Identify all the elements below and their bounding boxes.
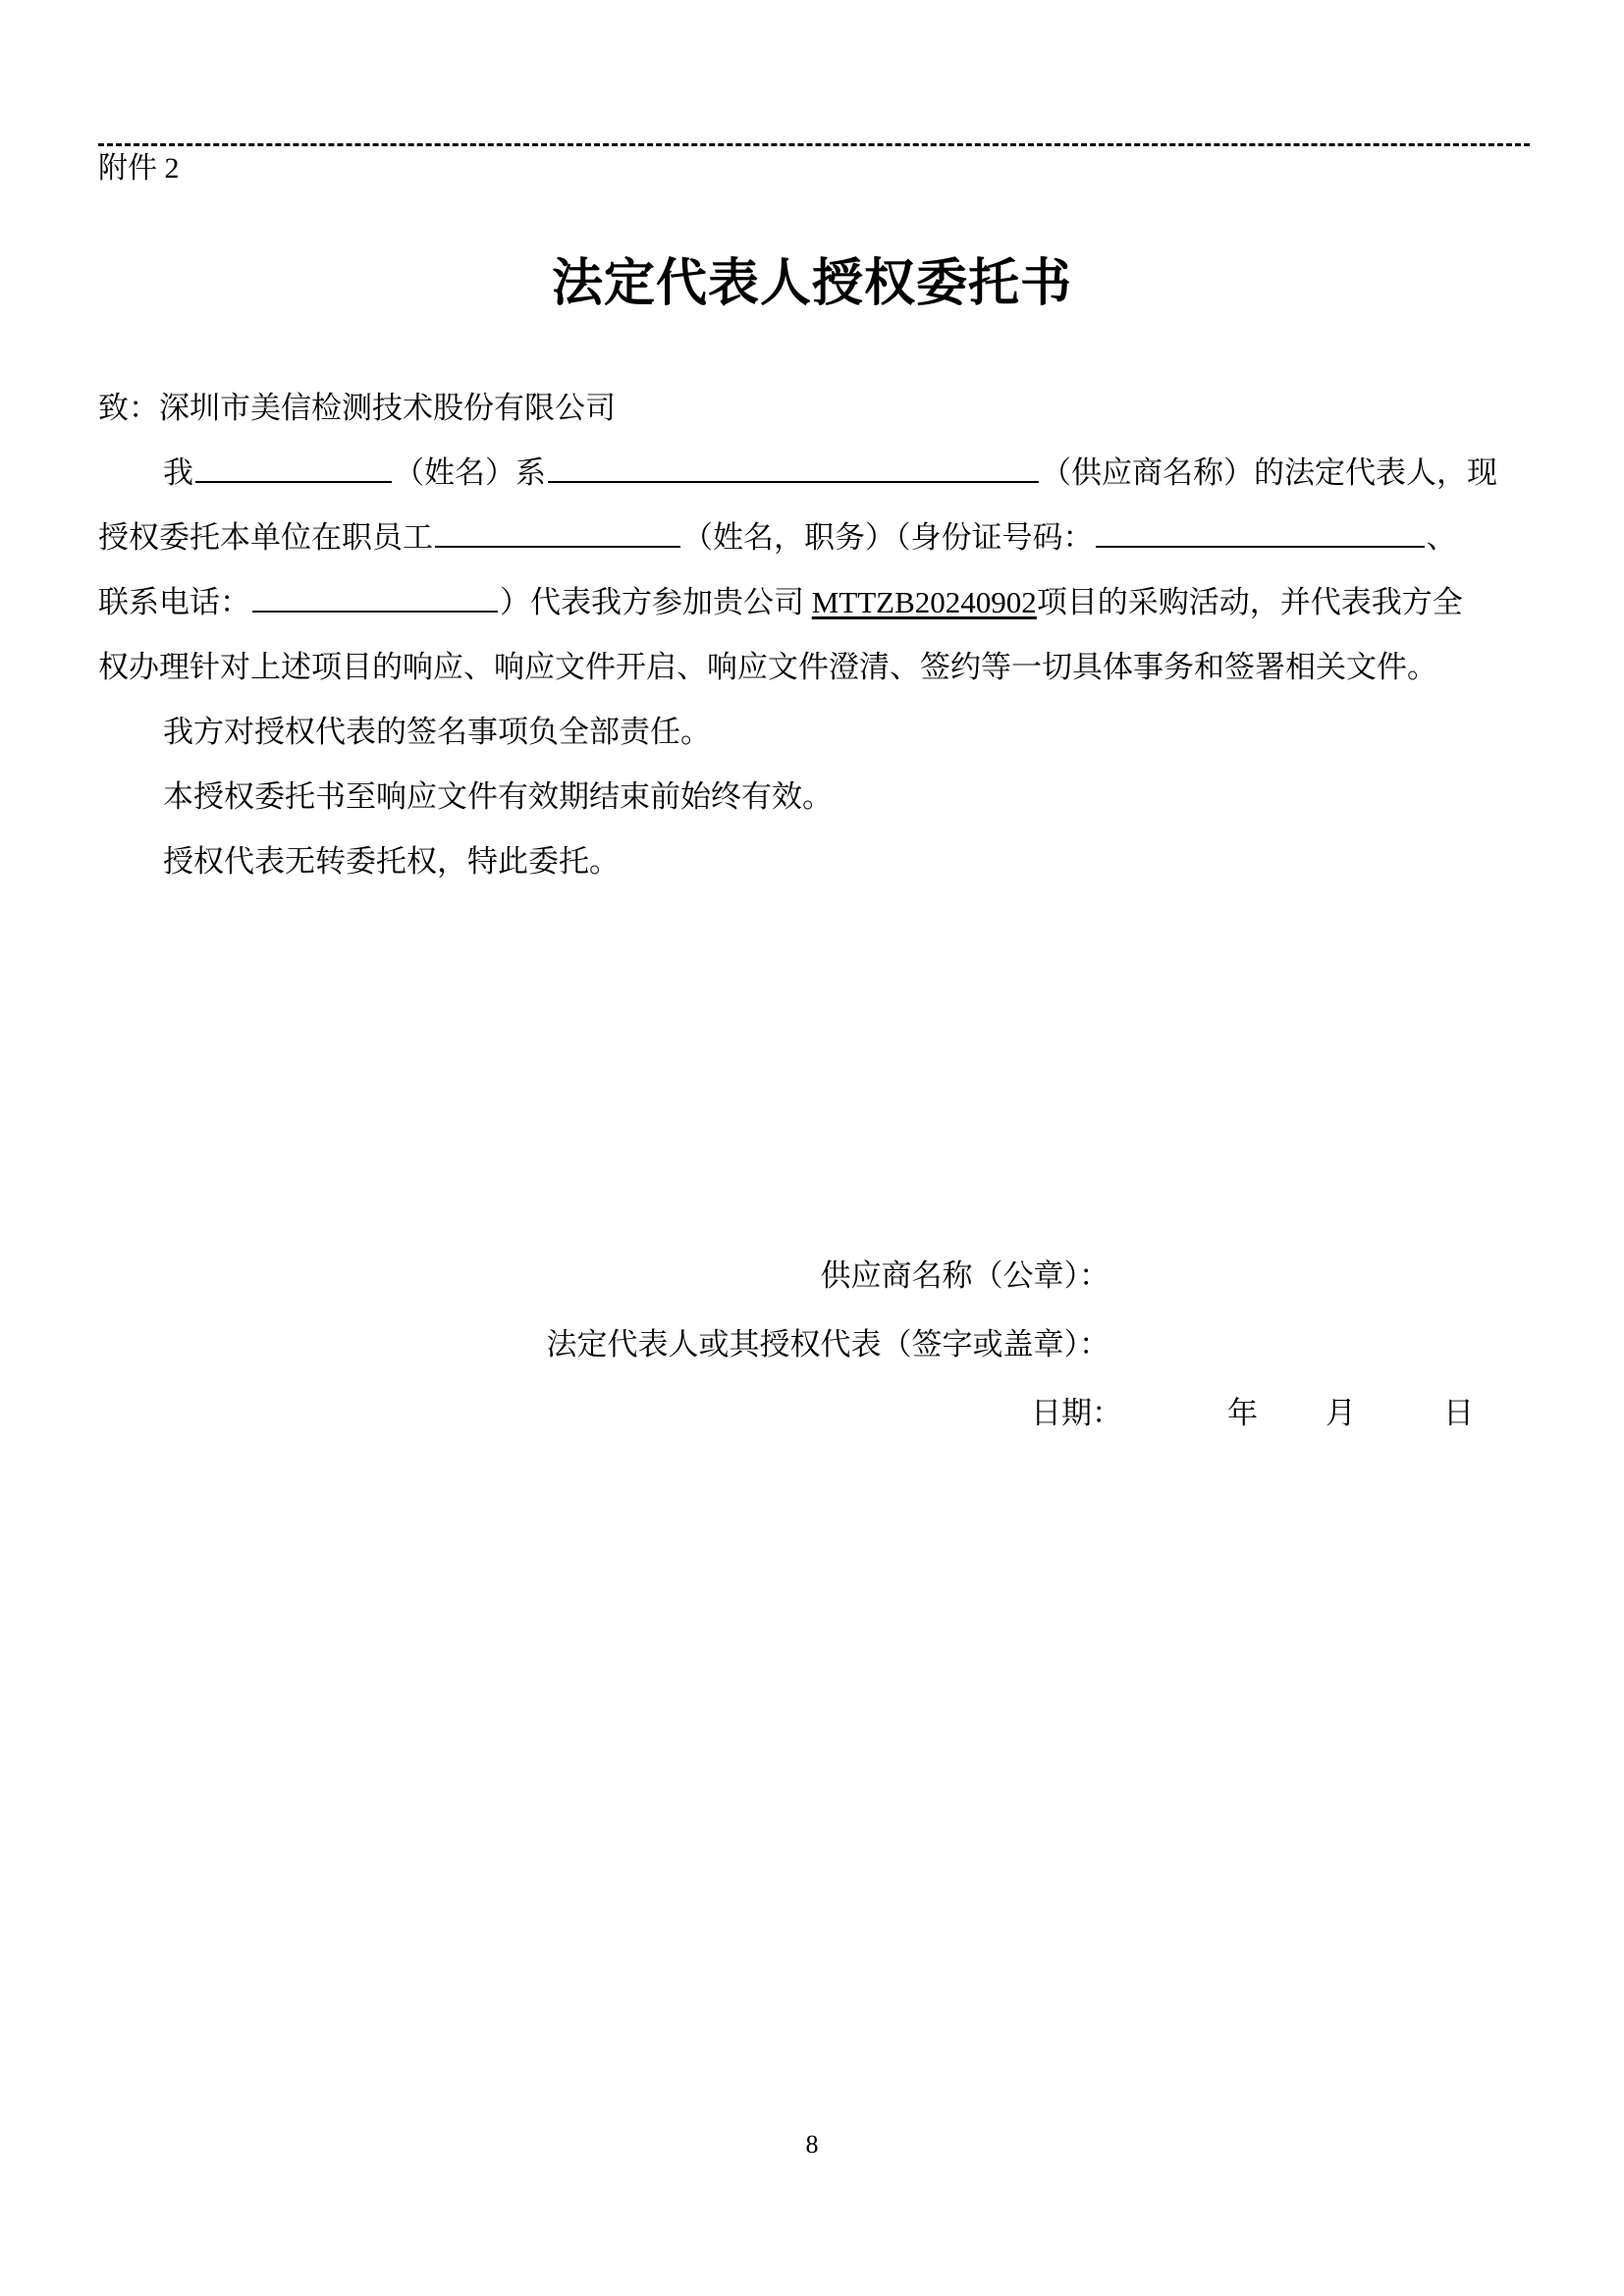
text-segment: 、 [1427, 520, 1457, 555]
employee-name-title-blank-field[interactable] [435, 516, 680, 548]
page-number: 8 [0, 2130, 1624, 2160]
year-label: 年 [1227, 1392, 1258, 1435]
text-segment: （姓名，职务）（身份证号码： [682, 520, 1094, 555]
supplier-seal-label: 供应商名称（公章）： [821, 1255, 1110, 1298]
month-label: 月 [1326, 1392, 1356, 1435]
header-dashed-divider [98, 143, 1530, 146]
paragraph-validity: 本授权委托书至响应文件有效期结束前始终有效。 [163, 775, 1597, 819]
paragraph-responsibility: 我方对授权代表的签名事项负全部责任。 [163, 711, 1597, 754]
text-segment: ）代表我方参加贵公司 [500, 585, 804, 619]
body-line-1: 我（姓名）系（供应商名称）的法定代表人，现 [163, 452, 1597, 495]
text-segment: （姓名）系 [394, 455, 546, 490]
document-title: 法定代表人授权委托书 [0, 241, 1624, 315]
representative-signature-label: 法定代表人或其授权代表（签字或盖章）： [547, 1323, 1110, 1366]
text-segment: 联系电话： [98, 585, 250, 619]
paragraph-no-subdelegation: 授权代表无转委托权，特此委托。 [163, 840, 1597, 883]
body-line-3: 联系电话：）代表我方参加贵公司 MTTZB20240902项目的采购活动，并代表… [98, 581, 1532, 624]
id-number-blank-field[interactable] [1096, 516, 1425, 548]
date-label: 日期： [1031, 1392, 1122, 1435]
name-blank-field[interactable] [195, 452, 392, 483]
day-label: 日 [1443, 1392, 1474, 1435]
body-line-4: 权办理针对上述项目的响应、响应文件开启、响应文件澄清、签约等一切具体事务和签署相… [98, 646, 1532, 689]
text-segment: 授权委托本单位在职员工 [98, 520, 433, 555]
text-segment: （供应商名称）的法定代表人，现 [1041, 455, 1497, 490]
attachment-label: 附件 2 [98, 147, 180, 190]
body-line-2: 授权委托本单位在职员工（姓名，职务）（身份证号码：、 [98, 516, 1532, 560]
text-segment: 我 [163, 455, 193, 490]
project-code: MTTZB20240902 [812, 585, 1037, 619]
supplier-name-blank-field[interactable] [548, 452, 1039, 483]
addressee: 致：深圳市美信检测技术股份有限公司 [98, 387, 1532, 430]
text-segment: 项目的采购活动，并代表我方全 [1037, 585, 1463, 619]
phone-blank-field[interactable] [252, 581, 498, 613]
